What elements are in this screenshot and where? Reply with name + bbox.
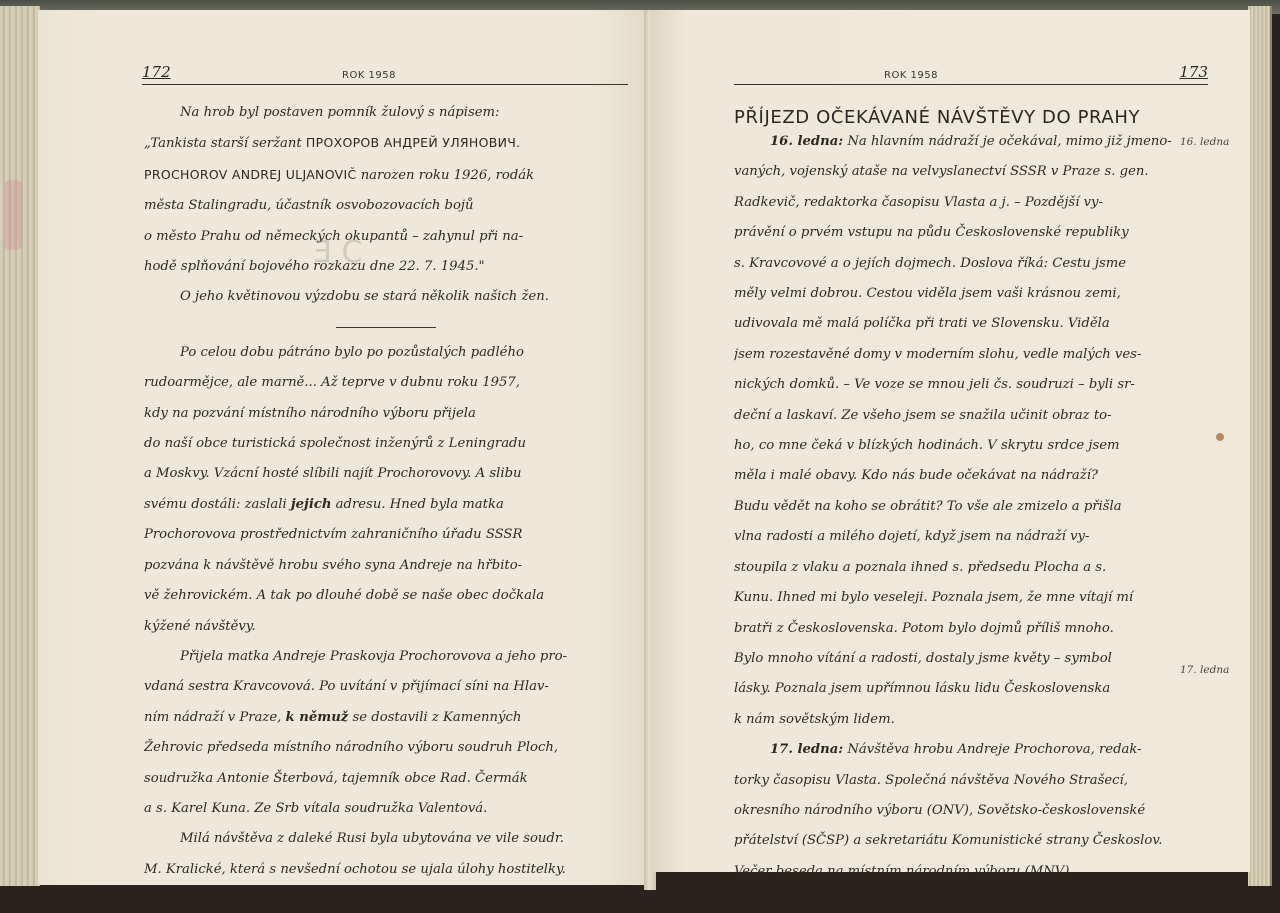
right-body-text: 16. ledna: Na hlavním nádraží je očekáva… <box>734 127 1208 887</box>
text-line: Večer beseda na místním národním výboru … <box>734 857 1208 887</box>
text-span: adresu. Hned byla matka <box>331 497 503 512</box>
text-line: soudružka Antonie Šterbová, tajemník obc… <box>144 764 628 794</box>
text-line: Bylo mnoho vítání a radosti, dostaly jsm… <box>734 644 1208 674</box>
cyrillic-name: ПРОХОРОВ АНДРЕЙ УЛЯНОВИЧ. <box>306 135 521 150</box>
text-line: Prochorovova prostřednictvím zahraničníh… <box>144 520 628 550</box>
text-line: vaných, vojenský ataše na velvyslanectví… <box>734 157 1208 187</box>
text-line: k nám sovětským lidem. <box>734 705 1208 735</box>
inserted-word: jejich <box>291 497 332 512</box>
text-line: okresního národního výboru (ONV), Sověts… <box>734 796 1208 826</box>
date-label: 17. ledna: <box>770 742 843 757</box>
page-number: 173 <box>1179 63 1208 81</box>
text-line: kýžené návštěvy. <box>144 612 628 642</box>
latin-name: PROCHOROV ANDREJ ULJANOVIČ <box>144 167 357 182</box>
text-line: lásky. Poznala jsem upřímnou lásku lidu … <box>734 674 1208 704</box>
text-line: o město Prahu od německých okupantů – za… <box>144 222 628 252</box>
text-line: ho, co mne čeká v blízkých hodinách. V s… <box>734 431 1208 461</box>
text-line: měla i malé obavy. Kdo nás bude očekávat… <box>734 461 1208 491</box>
text-span: „Tankista starší seržant <box>144 136 306 151</box>
text-line: PROCHOROV ANDREJ ULJANOVIČ narozen roku … <box>144 160 628 191</box>
text-line: O jeho květinovou výzdobu se stará někol… <box>144 282 628 312</box>
text-line: hodě splňování bojového rozkazu dne 22. … <box>144 252 628 282</box>
text-line: 16. ledna: Na hlavním nádraží je očekáva… <box>734 127 1208 157</box>
text-span: Na hlavním nádraží je očekával, mimo již… <box>843 134 1172 149</box>
text-span: svému dostáli: zaslali <box>144 497 291 512</box>
text-line: a Moskvy. Vzácní hosté slíbili najít Pro… <box>144 459 628 489</box>
page-number: 172 <box>142 63 171 81</box>
text-line: 17. ledna: Návštěva hrobu Andreje Procho… <box>734 735 1208 765</box>
section-title: PŘÍJEZD OČEKÁVANÉ NÁVŠTĚVY DO PRAHY <box>734 107 1140 128</box>
text-line: bratři z Československa. Potom bylo dojm… <box>734 614 1208 644</box>
text-line: Radkevič, redaktorka časopisu Vlasta a j… <box>734 188 1208 218</box>
running-head-left: 172 ROK 1958 <box>142 62 628 85</box>
date-label: 16. ledna: <box>770 134 843 149</box>
inserted-word: k němuž <box>286 710 349 725</box>
text-line: Po celou dobu pátráno bylo po pozůstalýc… <box>144 338 628 368</box>
text-line: stoupila z vlaku a poznala ihned s. před… <box>734 553 1208 583</box>
text-line: vdaná sestra Kravcovová. Po uvítání v př… <box>144 672 628 702</box>
text-line: města Stalingradu, účastník osvobozovací… <box>144 191 628 221</box>
text-line: rudoarmějce, ale marně... Až teprve v du… <box>144 368 628 398</box>
running-head-year: ROK 1958 <box>884 70 938 81</box>
text-line: kdy na pozvání místního národního výboru… <box>144 399 628 429</box>
text-line: Kunu. Ihned mi bylo veseleji. Poznala js… <box>734 583 1208 613</box>
text-span: se dostavili z Kamenných <box>348 710 521 725</box>
text-line: Milá návštěva z daleké Rusi byla ubytová… <box>144 824 628 854</box>
text-line: Žehrovic předseda místního národního výb… <box>144 733 628 763</box>
text-line: vě žehrovickém. A tak po dlouhé době se … <box>144 581 628 611</box>
text-line: měly velmi dobrou. Cestou viděla jsem va… <box>734 279 1208 309</box>
ink-stain <box>1216 433 1224 441</box>
page-stack-right <box>1248 6 1272 886</box>
section-divider <box>336 327 436 328</box>
text-line: právění o prvém vstupu na půdu Českoslov… <box>734 218 1208 248</box>
text-span: Návštěva hrobu Andreje Prochorova, redak… <box>843 742 1141 757</box>
text-line: vlna radosti a milého dojetí, když jsem … <box>734 522 1208 552</box>
left-page: 172 ROK 1958 Ǝ C Na hrob byl postaven po… <box>38 10 650 885</box>
running-head-year: ROK 1958 <box>342 70 396 81</box>
right-page: ROK 1958 173 PŘÍJEZD OČEKÁVANÉ NÁVŠTĚVY … <box>650 10 1250 872</box>
text-line: ním nádraží v Praze, k němuž se dostavil… <box>144 703 628 733</box>
text-line: M. Kralické, která s nevšední ochotou se… <box>144 855 628 885</box>
text-line: „Tankista starší seržant ПРОХОРОВ АНДРЕЙ… <box>144 128 628 159</box>
page-stack-left <box>0 6 40 886</box>
text-line: do naší obce turistická společnost inžen… <box>144 429 628 459</box>
text-line: udivovala mě malá políčka při trati ve S… <box>734 309 1208 339</box>
running-head-right: ROK 1958 173 <box>734 62 1208 85</box>
text-span: ním nádraží v Praze, <box>144 710 286 725</box>
text-line: Přijela matka Andreje Praskovja Prochoro… <box>144 642 628 672</box>
pink-ink-mark <box>4 180 22 250</box>
left-body-text: Na hrob byl postaven pomník žulový s náp… <box>144 98 628 885</box>
text-line: torky časopisu Vlasta. Společná návštěva… <box>734 766 1208 796</box>
text-line: a s. Karel Kuna. Ze Srb vítala soudružka… <box>144 794 628 824</box>
text-line: pozvána k návštěvě hrobu svého syna Andr… <box>144 551 628 581</box>
text-line: Na hrob byl postaven pomník žulový s náp… <box>144 98 628 128</box>
text-line: s. Kravcovové a o jejích dojmech. Doslov… <box>734 249 1208 279</box>
text-line: Budu vědět na koho se obrátit? To vše al… <box>734 492 1208 522</box>
text-line: jsem rozestavěné domy v moderním slohu, … <box>734 340 1208 370</box>
text-line: přátelství (SČSP) a sekretariátu Komunis… <box>734 826 1208 856</box>
text-line: nických domků. – Ve voze se mnou jeli čs… <box>734 370 1208 400</box>
text-line: deční a laskaví. Ze všeho jsem se snažil… <box>734 401 1208 431</box>
text-line: svému dostáli: zaslali jejich adresu. Hn… <box>144 490 628 520</box>
text-span: narozen roku 1926, rodák <box>357 168 535 183</box>
